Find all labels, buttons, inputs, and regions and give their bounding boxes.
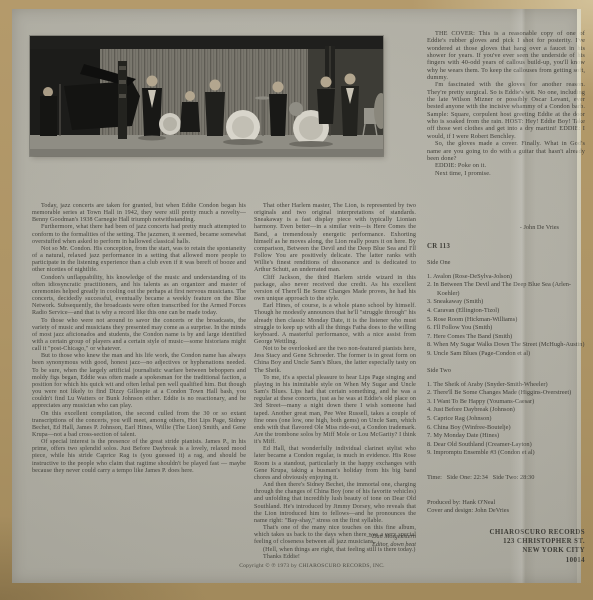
producer-credit: Produced by: Hank O'Neal (427, 499, 587, 507)
tom-drum (289, 102, 303, 116)
liner-notes-paragraph: On this excellent compilation, the secon… (32, 411, 246, 440)
drum-head (163, 117, 177, 131)
floor-shadow (223, 139, 263, 145)
cymbal (255, 96, 271, 99)
cover-note-paragraph: EDDIE: Poke on it. (427, 162, 585, 169)
address-line: NEW YORK CITY (427, 546, 585, 555)
speaker-column (118, 61, 127, 139)
cover-note: THE COVER: This is a reasonable copy of … (427, 30, 585, 177)
track-item: 9. Uncle Sam Blues (Page-Condon et al) (427, 350, 587, 359)
side-one-tracks: 1. Avalon (Rose-DeSylva-Jolson)2. In Bet… (427, 273, 587, 359)
copyright-line: Copyright © ℗ 1973 by CHIAROSCURO RECORD… (132, 563, 492, 569)
pianist-silhouette (40, 96, 57, 136)
band-photo (30, 36, 383, 156)
cover-note-paragraph: I'm fascinated with the gloves for anoth… (427, 81, 585, 140)
liner-notes-paragraph: Not to be overlooked are the two non-fea… (254, 346, 416, 375)
track-item: 6. I'll Follow You (Smith) (427, 324, 587, 333)
floor-shadow (138, 136, 166, 141)
musician-head (321, 77, 332, 88)
credits-block: Produced by: Hank O'Neal Cover and desig… (427, 499, 587, 516)
side-two-tracks: 1. The Sheik of Araby (Snyder-Smith-Whee… (427, 381, 587, 458)
liner-notes-paragraph: To me, it's a special pleasure to hear L… (254, 375, 416, 447)
liner-notes-paragraph: Cliff Jackson, the third Harlem stride w… (254, 275, 416, 304)
seated-musician (180, 102, 200, 132)
cover-note-signature: - John De Vries (427, 224, 559, 231)
speaker-detail (119, 94, 126, 98)
track-item: 1. The Sheik of Araby (Snyder-Smith-Whee… (427, 381, 587, 390)
track-item: 2. There'll Be Some Changes Made (Higgin… (427, 389, 587, 398)
musician-head (185, 91, 195, 101)
time-line: Time: Side One: 22:34 Side Two: 28:30 (427, 474, 587, 481)
pianist-head (43, 87, 53, 97)
address-line: 123 CHRISTOPHER ST. (427, 537, 585, 546)
track-item: 4. Just Before Daybreak (Johnson) (427, 406, 587, 415)
side-two-tracklist: Side Two 1. The Sheik of Araby (Snyder-S… (427, 367, 587, 458)
address-line: CHIAROSCURO RECORDS (427, 528, 585, 537)
stage-apron (30, 149, 383, 156)
liner-notes-paragraph: But to those who knew the man and his li… (32, 353, 246, 410)
liner-notes-left-column: Today, jazz concerts are taken for grant… (32, 203, 246, 475)
album-jacket-back-cover: Today, jazz concerts are taken for grant… (0, 0, 593, 600)
drum-head (232, 116, 254, 138)
liner-notes-paragraph: To those who were not around to savor th… (32, 318, 246, 354)
label-address: CHIAROSCURO RECORDS123 CHRISTOPHER ST.NE… (427, 528, 585, 565)
side-one-heading: Side One (427, 259, 587, 268)
musician-head (210, 80, 221, 91)
track-item: 3. I Want To Be Happy (Youmans-Caesar) (427, 398, 587, 407)
author-name: —Dan Morgenstern (296, 533, 416, 541)
liner-notes-paragraph: And then there's Sidney Bechet, the immo… (254, 482, 416, 525)
track-item: 9. Impromptu Ensemble #3 (Condon et al) (427, 449, 587, 458)
musician-suit (317, 89, 335, 124)
liner-notes-paragraph: Today, jazz concerts are taken for grant… (32, 203, 246, 224)
track-item: 7. Here Comes The Band (Smith) (427, 333, 587, 342)
track-item: 8. When My Sugar Walks Down The Street (… (427, 341, 587, 350)
musician-head (147, 76, 158, 87)
design-credit: Cover and design: John DeVries (427, 507, 587, 515)
cover-edge-highlight (577, 9, 581, 583)
track-item: 8. Dear Old Southland (Creamer-Layton) (427, 441, 587, 450)
floor-shadow (289, 141, 333, 147)
musician-head (345, 74, 356, 85)
liner-notes-paragraph: Condon's unflappability, his knowledge o… (32, 275, 246, 318)
cover-panel: Today, jazz concerts are taken for grant… (12, 9, 581, 583)
musician-head (273, 82, 284, 93)
liner-notes-middle-column: That other Harlem master, The Lion, is r… (254, 203, 416, 561)
speaker-detail (119, 80, 126, 84)
track-item: 5. Rose Room (Hickman-Williams) (427, 316, 587, 325)
band-photo-graphic (30, 36, 383, 156)
musician-suit (269, 94, 287, 136)
track-item: 2. In Between The Devil and The Deep Blu… (427, 281, 587, 298)
liner-notes-paragraph: Earl Hines, of course, is a whole piano … (254, 303, 416, 346)
liner-notes-paragraph: Furthermore, what there had been of jazz… (32, 224, 246, 245)
liner-notes-paragraph: Ed Hall, that wonderfully individual cla… (254, 446, 416, 482)
liner-notes-paragraph: Of special interest is the presence of t… (32, 439, 246, 475)
grand-piano (64, 81, 140, 130)
side-one-tracklist: Side One 1. Avalon (Rose-DeSylva-Jolson)… (427, 259, 587, 359)
track-item: 6. China Boy (Winfree-Boutelje) (427, 424, 587, 433)
catalog-number: CR 113 (427, 243, 450, 250)
track-item: 4. Caravan (Ellington-Tizol) (427, 307, 587, 316)
track-item: 1. Avalon (Rose-DeSylva-Jolson) (427, 273, 587, 282)
cover-note-paragraph: So, the gloves made a cover. Finally. Wh… (427, 140, 585, 162)
liner-notes-paragraph: That other Harlem master, The Lion, is r… (254, 203, 416, 275)
cover-note-paragraph: Next time, I promise. (427, 170, 585, 177)
musician-suit (205, 92, 225, 136)
side-two-heading: Side Two (427, 367, 587, 376)
track-item: 7. My Monday Date (Hines) (427, 432, 587, 441)
liner-notes-paragraph: Thanks Eddie! (254, 554, 416, 561)
speaker-detail (119, 66, 126, 70)
liner-notes-paragraph: Not so Mr. Condon. His conception, from … (32, 246, 246, 275)
author-title: Editor, down beat (296, 541, 416, 549)
cover-note-paragraph: THE COVER: This is a reasonable copy of … (427, 30, 585, 81)
author-signature: —Dan Morgenstern Editor, down beat (296, 533, 416, 548)
track-item: 3. Sneakaway (Smith) (427, 298, 587, 307)
track-item: 5. Caprice Rag (Johnson) (427, 415, 587, 424)
